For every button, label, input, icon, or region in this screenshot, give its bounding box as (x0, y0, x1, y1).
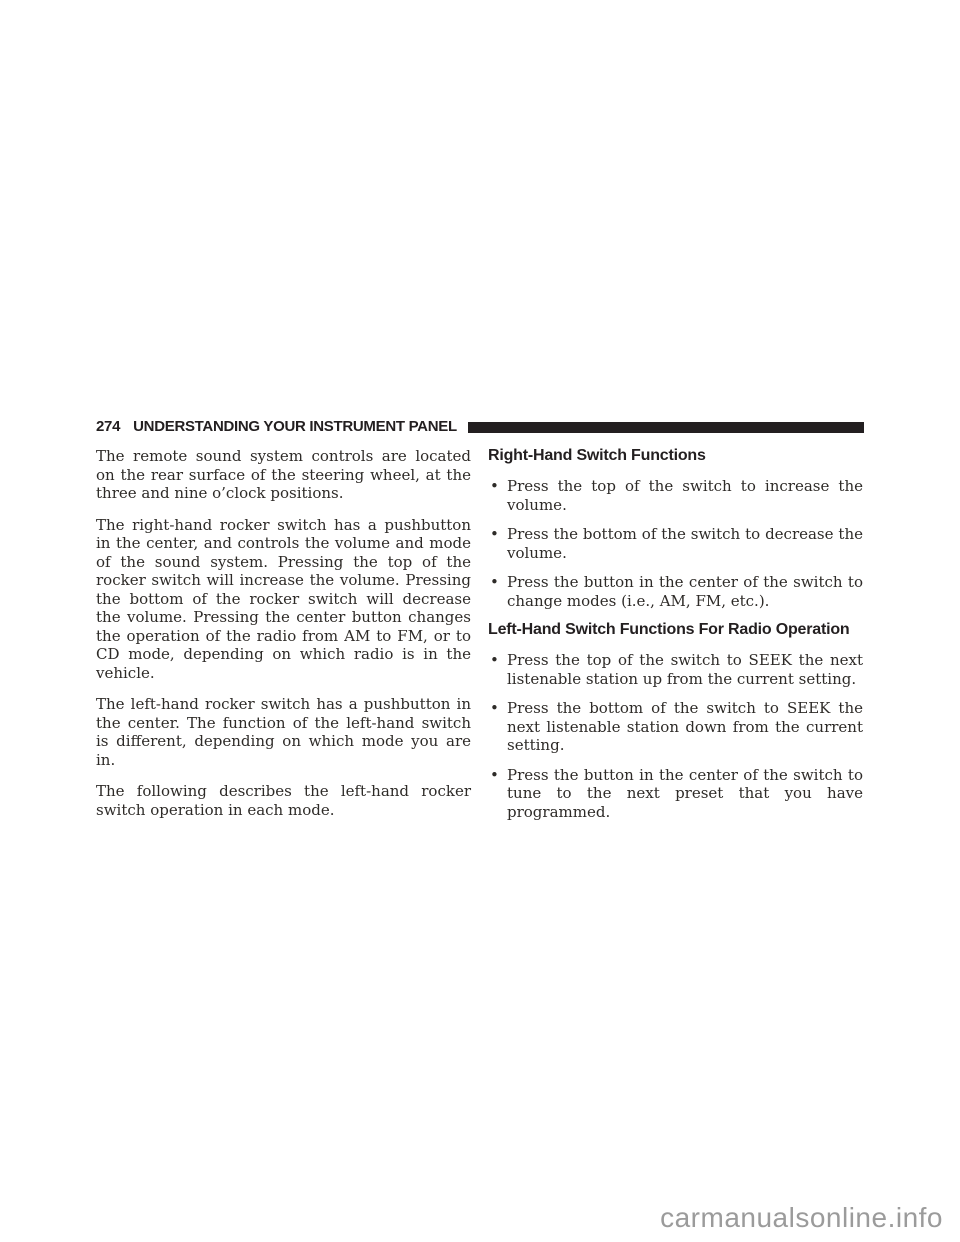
bullet-text: Press the bottom of the switch to SEEK t… (507, 699, 863, 754)
manual-page: 274 UNDERSTANDING YOUR INSTRUMENT PANEL … (0, 0, 960, 1242)
paragraph-following-describes: The following describes the left-hand ro… (96, 782, 471, 819)
bullet-text: Press the bottom of the switch to decrea… (507, 525, 863, 562)
bullet-item: • Press the top of the switch to increas… (488, 477, 863, 514)
right-column: Right-Hand Switch Functions • Press the … (488, 447, 863, 832)
bullet-item: • Press the top of the switch to SEEK th… (488, 651, 863, 688)
page-header: 274 UNDERSTANDING YOUR INSTRUMENT PANEL (96, 418, 864, 435)
bullet-icon: • (490, 699, 499, 718)
bullet-item: • Press the bottom of the switch to decr… (488, 525, 863, 562)
bullet-item: • Press the button in the center of the … (488, 573, 863, 610)
bullet-item: • Press the bottom of the switch to SEEK… (488, 699, 863, 755)
bullet-text: Press the button in the center of the sw… (507, 573, 863, 610)
header-title: UNDERSTANDING YOUR INSTRUMENT PANEL (133, 418, 457, 435)
bullet-item: • Press the button in the center of the … (488, 766, 863, 822)
bullet-text: Press the button in the center of the sw… (507, 766, 863, 821)
bullet-icon: • (490, 766, 499, 785)
bullet-icon: • (490, 651, 499, 670)
paragraph-right-hand-rocker: The right-hand rocker switch has a pushb… (96, 516, 471, 683)
left-hand-bullet-list: • Press the top of the switch to SEEK th… (488, 651, 863, 821)
header-divider-bar (468, 422, 864, 433)
bullet-icon: • (490, 477, 499, 496)
bullet-icon: • (490, 525, 499, 544)
right-hand-bullet-list: • Press the top of the switch to increas… (488, 477, 863, 610)
section-heading-left-hand-radio: Left-Hand Switch Functions For Radio Ope… (488, 621, 863, 639)
section-heading-right-hand: Right-Hand Switch Functions (488, 447, 863, 465)
paragraph-left-hand-rocker: The left-hand rocker switch has a pushbu… (96, 695, 471, 769)
left-column: The remote sound system controls are loc… (96, 447, 471, 832)
watermark: carmanualsonline.info (660, 1202, 943, 1234)
bullet-text: Press the top of the switch to SEEK the … (507, 651, 863, 688)
two-column-layout: The remote sound system controls are loc… (96, 447, 864, 832)
bullet-text: Press the top of the switch to increase … (507, 477, 863, 514)
page-number: 274 (96, 418, 120, 435)
page-content: 274 UNDERSTANDING YOUR INSTRUMENT PANEL … (96, 418, 864, 832)
paragraph-remote-controls: The remote sound system controls are loc… (96, 447, 471, 503)
bullet-icon: • (490, 573, 499, 592)
